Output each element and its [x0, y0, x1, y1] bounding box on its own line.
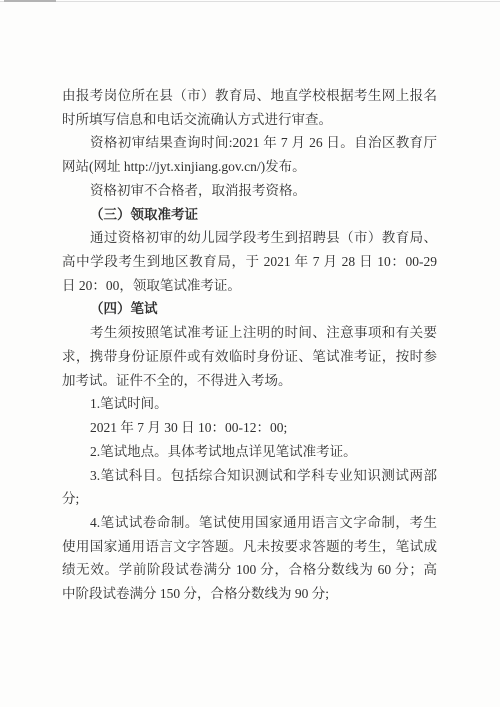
text-line: 网站(网址 http://jyt.xinjiang.gov.cn/)发布。	[62, 155, 437, 179]
text-line: 1.笔试时间。	[62, 392, 437, 416]
text-line: 求，携带身份证原件或有效临时身份证、笔试准考证，按时参	[62, 345, 437, 369]
text-line: 通过资格初审的幼儿园学段考生到招聘县（市）教育局、	[62, 226, 437, 250]
text-line: 分;	[62, 487, 437, 511]
text-line: 加考试。证件不全的，不得进入考场。	[62, 369, 437, 393]
scan-edge-line	[0, 1, 500, 2]
text-line: 由报考岗位所在县（市）教育局、地直学校根据考生网上报名	[62, 84, 437, 108]
section-heading: （四）笔试	[62, 297, 437, 321]
text-line: 3.笔试科目。包括综合知识测试和学科专业知识测试两部	[62, 464, 437, 488]
text-line: 使用国家通用语言文字答题。凡未按要求答题的考生，笔试成	[62, 535, 437, 559]
text-line: 时所填写信息和电话交流确认方式进行审查。	[62, 108, 437, 132]
text-line: 考生须按照笔试准考证上注明的时间、注意事项和有关要	[62, 321, 437, 345]
document-text-block: 由报考岗位所在县（市）教育局、地直学校根据考生网上报名 时所填写信息和电话交流确…	[62, 84, 437, 606]
text-line: 资格初审结果查询时间:2021 年 7 月 26 日。自治区教育厅	[62, 131, 437, 155]
text-line: 绩无效。学前阶段试卷满分 100 分，合格分数线为 60 分；高	[62, 558, 437, 582]
section-heading: （三）领取准考证	[62, 203, 437, 227]
scan-edge-mark	[4, 0, 56, 2]
text-line: 高中学段考生到地区教育局，于 2021 年 7 月 28 日 10：00-29	[62, 250, 437, 274]
document-page: 由报考岗位所在县（市）教育局、地直学校根据考生网上报名 时所填写信息和电话交流确…	[0, 0, 500, 707]
text-line: 中阶段试卷满分 150 分，合格分数线为 90 分;	[62, 582, 437, 606]
text-line: 2021 年 7 月 30 日 10：00-12：00;	[62, 416, 437, 440]
text-line: 资格初审不合格者，取消报考资格。	[62, 179, 437, 203]
text-line: 2.笔试地点。具体考试地点详见笔试准考证。	[62, 440, 437, 464]
text-line: 日 20：00，领取笔试准考证。	[62, 274, 437, 298]
text-line: 4.笔试试卷命制。笔试使用国家通用语言文字命制，考生	[62, 511, 437, 535]
